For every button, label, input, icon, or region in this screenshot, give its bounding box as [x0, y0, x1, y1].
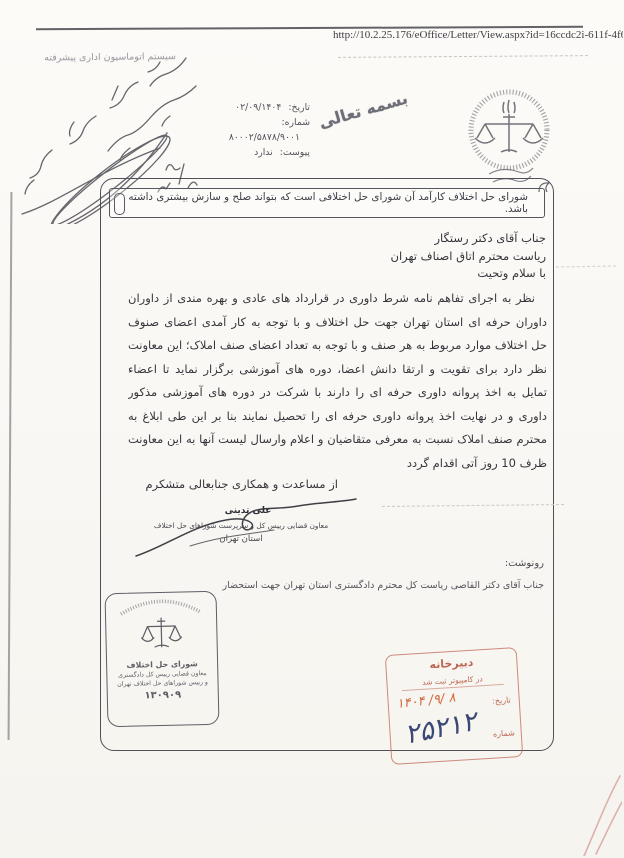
quote-box: شورای حل اختلاف کارآمد آن شورای حل اختلا…: [109, 188, 545, 218]
corner-handwriting-mark: [576, 772, 622, 856]
date-row: تاریخ: ۰۲/۰۹/۱۴۰۴: [176, 100, 310, 115]
number-row: شماره:: [176, 115, 310, 130]
scanned-letter-page: سیستم اتوماسیون اداری پیشرفته http://10.…: [0, 0, 624, 858]
number-value: ۸۰۰۰۲/۵۸۷۸/۹۰۰۱: [176, 130, 310, 145]
besmellah-calligraphy: بسمه تعالی: [312, 87, 423, 166]
url-underline-artifact: [338, 55, 588, 58]
stamp-number-handwritten: ۲۵۲۱۲: [402, 706, 479, 751]
letterhead-meta: تاریخ: ۰۲/۰۹/۱۴۰۴ شماره: ۸۰۰۰۲/۵۸۷۸/۹۰۰۱…: [176, 100, 310, 160]
body-line: حل اختلاف موارد مربوط به هر صنف و با توج…: [128, 334, 547, 358]
date-label: تاریخ:: [288, 100, 310, 115]
stamp-date-handwritten: ۸ /۹/ ۱۴۰۴: [396, 690, 456, 712]
justice-scales-icon: [138, 614, 185, 659]
signatory-region: استان تهران: [148, 534, 334, 544]
secretariat-stamp-title: دبیرخانه: [386, 653, 517, 674]
scan-dash-artifact: [556, 265, 616, 267]
letter-body: نظر به اجرای تفاهم نامه شرط داوری در قرا…: [128, 287, 547, 475]
council-stamp-line2: معاون قضایی رییس کل دادگستری: [107, 670, 217, 679]
body-line: نظر دارد برای تقویت و ارتقا دانش اعضا، د…: [128, 358, 547, 382]
cc-text: جناب آقای دکتر القاصی ریاست کل محترم داد…: [214, 580, 544, 591]
council-stamp: شورای حل اختلاف معاون قضایی رییس کل دادگ…: [104, 591, 219, 728]
cc-label: رونوشت:: [505, 558, 544, 569]
stamp-number-label: شماره: [493, 728, 515, 738]
page-url: http://10.2.25.176/eOffice/Letter/View.a…: [333, 29, 623, 41]
body-line: تمایل به اخذ پروانه داوری حرفه ای را دار…: [128, 381, 547, 405]
attachment-row: پیوست: ندارد: [176, 145, 310, 160]
signatory-title: معاون قضایی رییس کل و سرپرست شوراهای حل …: [148, 521, 334, 530]
body-line: ظرف 10 روز آتی اقدام گردد: [128, 452, 547, 476]
recipient-title: ریاست محترم اتاق اصناف تهران: [286, 248, 546, 266]
stamp-date-label: تاریخ:: [492, 696, 511, 706]
council-stamp-line1: شورای حل اختلاف: [107, 659, 217, 670]
judiciary-emblem-icon: [463, 80, 555, 190]
closing-line: از مساعدت و همکاری جنابعالی متشکرم: [112, 477, 338, 491]
scan-edge-line: [8, 192, 13, 740]
secretariat-stamp-subtitle: در کامپیوتر ثبت شد: [401, 673, 504, 691]
recipient-block: جناب آقای دکتر رستگار ریاست محترم اتاق ا…: [286, 230, 546, 283]
quote-corner-mark: [536, 179, 552, 193]
signatory-name: علی تدینی: [213, 506, 283, 516]
quote-text: شورای حل اختلاف کارآمد آن شورای حل اختلا…: [126, 191, 528, 215]
date-value: ۰۲/۰۹/۱۴۰۴: [235, 100, 281, 115]
body-line: محترم صنف املاک نسبت به معرفی متقاضیان و…: [128, 428, 547, 452]
secretariat-stamp: دبیرخانه در کامپیوتر ثبت شد تاریخ: ۸ /۹/…: [385, 647, 523, 765]
quote-box-pill-decoration: [114, 193, 125, 215]
attachment-value: ندارد: [254, 145, 273, 160]
body-line: داوران حرفه ای استان تهران جهت حل اختلاف…: [128, 311, 547, 335]
body-line: نظر به اجرای تفاهم نامه شرط داوری در قرا…: [128, 287, 547, 311]
council-stamp-number: ۱۳۰۹۰۹: [108, 689, 218, 702]
council-stamp-line3: و رییس شوراهای حل اختلاف تهران: [107, 679, 217, 688]
stamp-curved-text-decoration: [111, 594, 211, 616]
number-label: شماره:: [282, 115, 311, 130]
body-line: داوری و در نهایت اخذ پروانه داوری حرفه ا…: [128, 405, 547, 429]
salutation: با سلام وتحیت: [286, 265, 546, 283]
attachment-label: پیوست:: [280, 145, 310, 160]
recipient-name: جناب آقای دکتر رستگار: [286, 230, 546, 248]
